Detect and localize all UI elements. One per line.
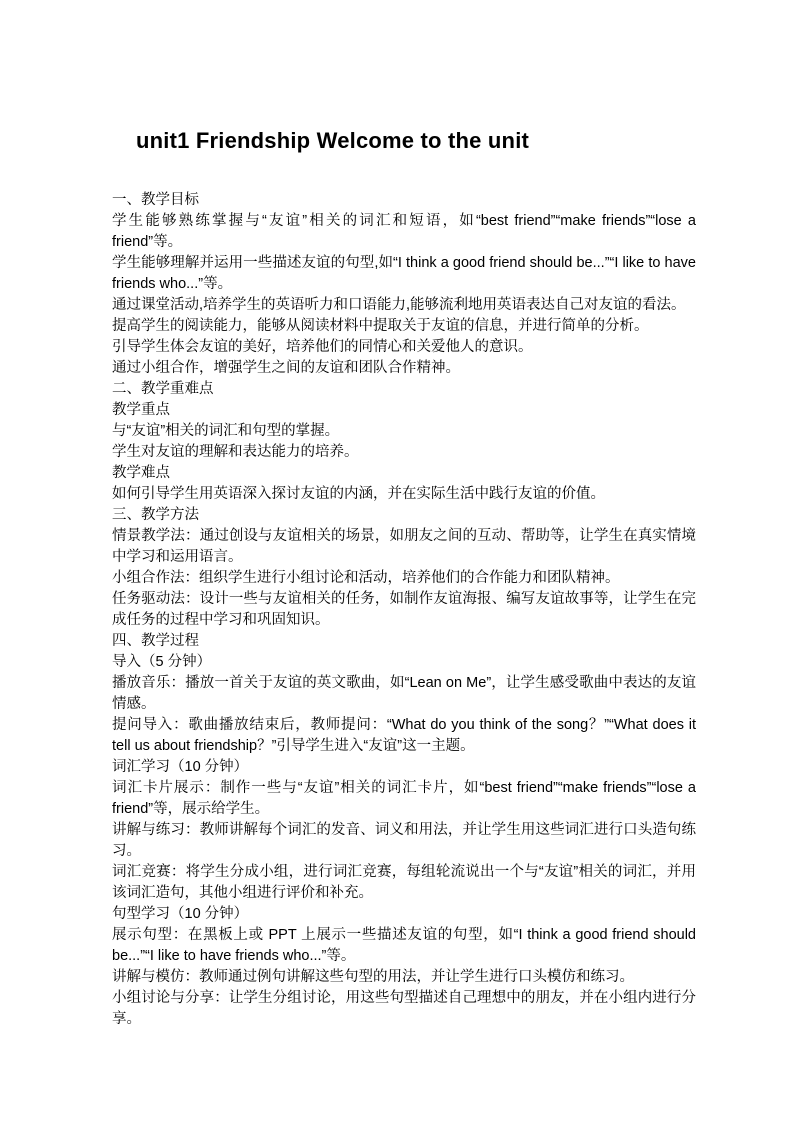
- paragraph: 通过小组合作，增强学生之间的友谊和团队合作精神。: [112, 358, 696, 379]
- paragraph: 词汇竞赛：将学生分成小组，进行词汇竞赛，每组轮流说出一个与“友谊”相关的词汇，并…: [112, 862, 696, 904]
- paragraph: 句型学习（10 分钟）: [112, 904, 696, 925]
- paragraph: 教学重点: [112, 400, 696, 421]
- paragraph: 小组讨论与分享：让学生分组讨论，用这些句型描述自己理想中的朋友，并在小组内进行分…: [112, 988, 696, 1030]
- paragraph: 三、教学方法: [112, 505, 696, 526]
- paragraph: 导入（5 分钟）: [112, 652, 696, 673]
- paragraph: 学生能够理解并运用一些描述友谊的句型,如“I think a good frie…: [112, 253, 696, 295]
- paragraph: 学生对友谊的理解和表达能力的培养。: [112, 442, 696, 463]
- paragraph: 教学难点: [112, 463, 696, 484]
- paragraph: 如何引导学生用英语深入探讨友谊的内涵，并在实际生活中践行友谊的价值。: [112, 484, 696, 505]
- document-page: unit1 Friendship Welcome to the unit 一、教…: [0, 0, 794, 1123]
- paragraph: 引导学生体会友谊的美好，培养他们的同情心和关爱他人的意识。: [112, 337, 696, 358]
- paragraph: 词汇学习（10 分钟）: [112, 757, 696, 778]
- paragraph: 讲解与模仿：教师通过例句讲解这些句型的用法，并让学生进行口头模仿和练习。: [112, 967, 696, 988]
- paragraph: 四、教学过程: [112, 631, 696, 652]
- paragraph: 讲解与练习：教师讲解每个词汇的发音、词义和用法，并让学生用这些词汇进行口头造句练…: [112, 820, 696, 862]
- paragraph: 小组合作法：组织学生进行小组讨论和活动，培养他们的合作能力和团队精神。: [112, 568, 696, 589]
- paragraph: 提高学生的阅读能力，能够从阅读材料中提取关于友谊的信息，并进行简单的分析。: [112, 316, 696, 337]
- paragraph: 二、教学重难点: [112, 379, 696, 400]
- document-title: unit1 Friendship Welcome to the unit: [136, 128, 529, 154]
- paragraph: 一、教学目标: [112, 190, 696, 211]
- paragraph: 展示句型：在黑板上或 PPT 上展示一些描述友谊的句型，如“I think a …: [112, 925, 696, 967]
- document-body: 一、教学目标学生能够熟练掌握与“友谊”相关的词汇和短语，如“best frien…: [112, 190, 696, 1030]
- paragraph: 情景教学法：通过创设与友谊相关的场景，如朋友之间的互动、帮助等，让学生在真实情境…: [112, 526, 696, 568]
- paragraph: 任务驱动法：设计一些与友谊相关的任务，如制作友谊海报、编写友谊故事等，让学生在完…: [112, 589, 696, 631]
- paragraph: 与“友谊”相关的词汇和句型的掌握。: [112, 421, 696, 442]
- paragraph: 提问导入：歌曲播放结束后，教师提问：“What do you think of …: [112, 715, 696, 757]
- paragraph: 通过课堂活动,培养学生的英语听力和口语能力,能够流利地用英语表达自己对友谊的看法…: [112, 295, 696, 316]
- paragraph: 词汇卡片展示：制作一些与“友谊”相关的词汇卡片，如“best friend”“m…: [112, 778, 696, 820]
- paragraph: 播放音乐：播放一首关于友谊的英文歌曲，如“Lean on Me”，让学生感受歌曲…: [112, 673, 696, 715]
- paragraph: 学生能够熟练掌握与“友谊”相关的词汇和短语，如“best friend”“mak…: [112, 211, 696, 253]
